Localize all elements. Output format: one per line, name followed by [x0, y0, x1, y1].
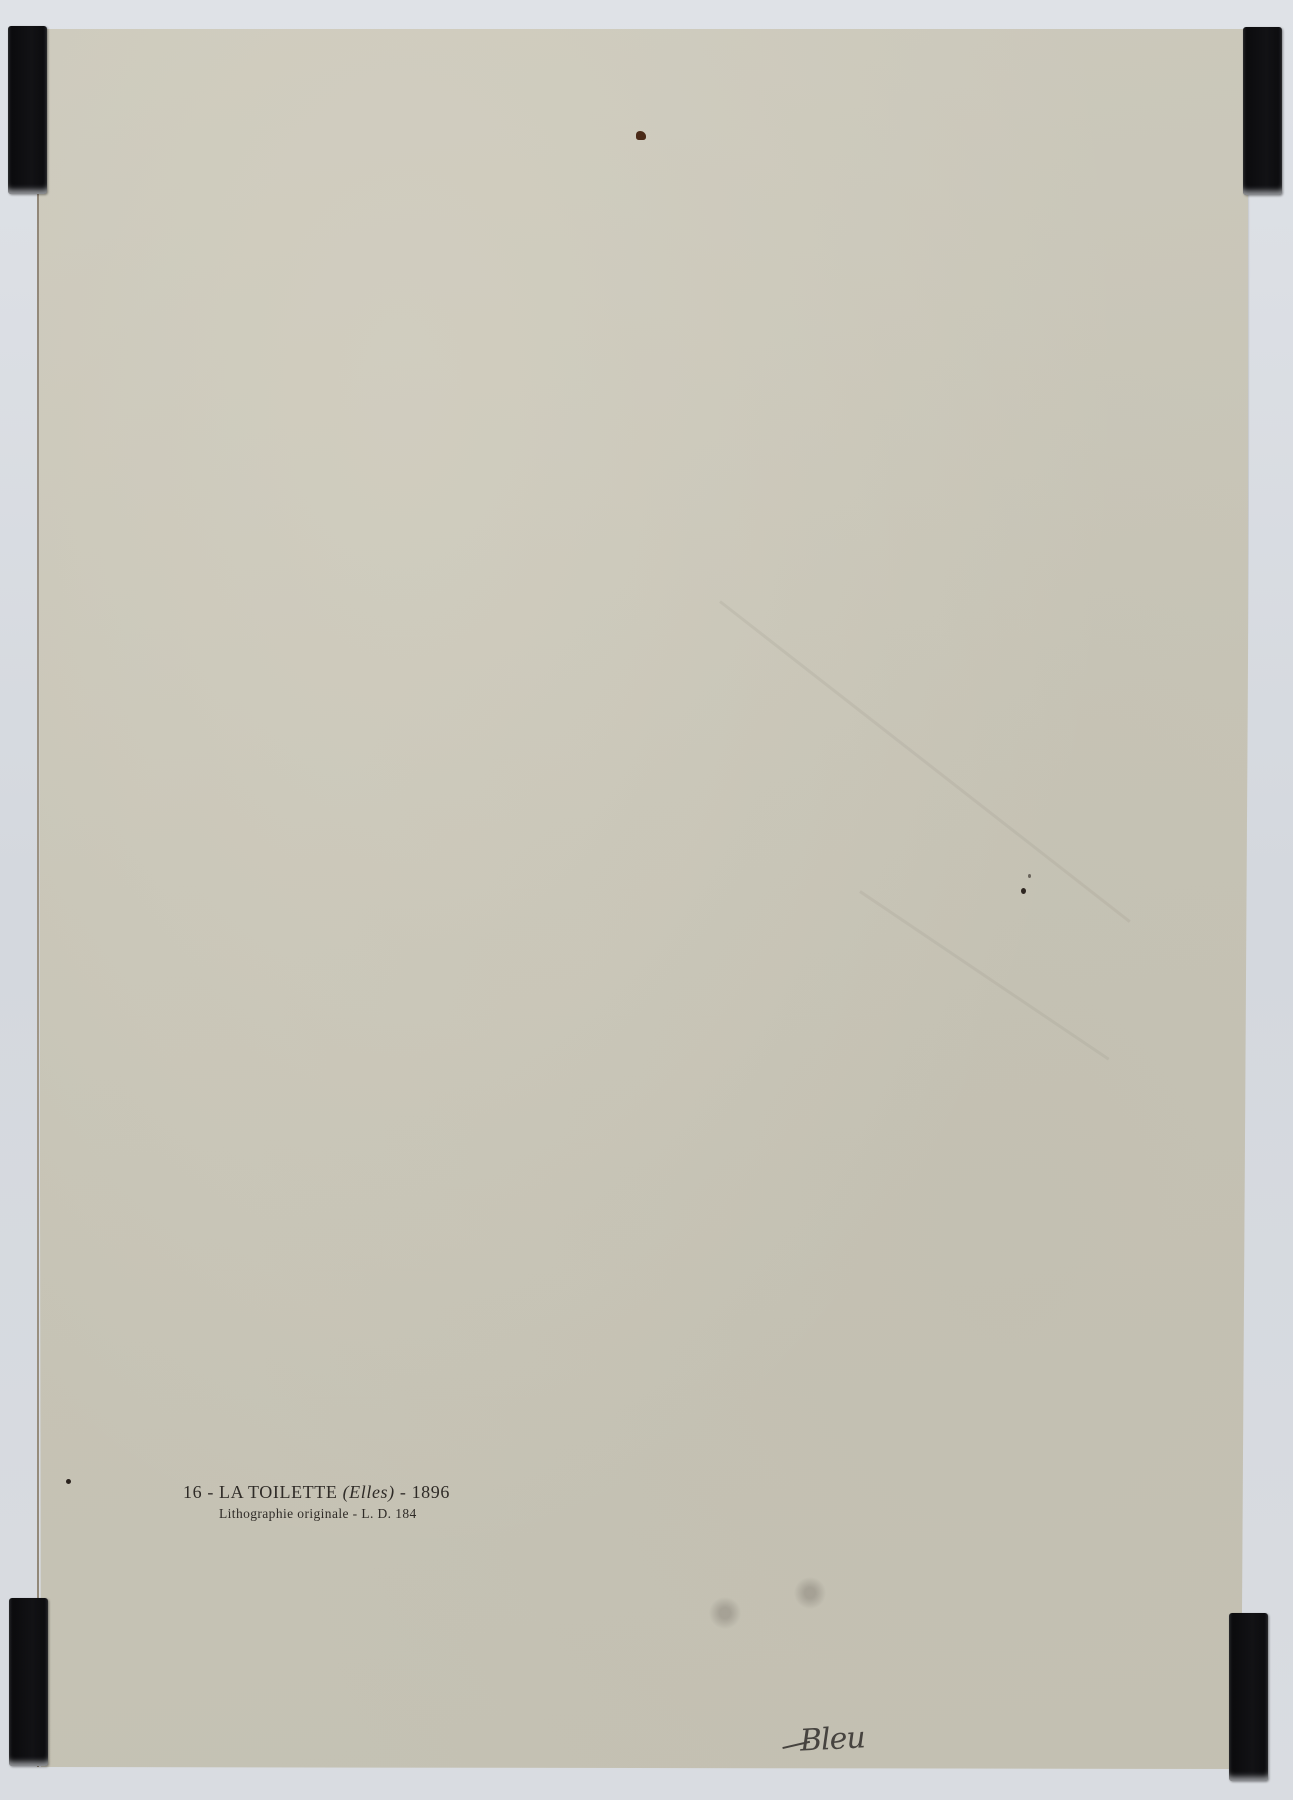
- ink-dot: [66, 1479, 71, 1484]
- corner-clip-top-left: [8, 26, 47, 194]
- print-year: 1896: [412, 1482, 450, 1502]
- print-title: LA TOILETTE: [219, 1482, 337, 1502]
- foxing-spot: [1021, 888, 1026, 894]
- smudge: [790, 1575, 830, 1611]
- foxing-spot: [1028, 874, 1031, 878]
- caption-title-line: 16 - LA TOILETTE (Elles) - 1896: [183, 1482, 450, 1503]
- foxing-spot: [636, 131, 646, 140]
- dash: -: [400, 1482, 407, 1502]
- caption-subtitle: Lithographie originale - L. D. 184: [219, 1506, 450, 1522]
- plate-number: 16: [183, 1482, 202, 1502]
- series-name: (Elles): [343, 1482, 395, 1502]
- separator: -: [207, 1482, 214, 1502]
- pencil-signature: Bleu: [799, 1720, 865, 1758]
- paper-left-edge: [37, 29, 39, 1767]
- print-caption: 16 - LA TOILETTE (Elles) - 1896 Lithogra…: [183, 1482, 450, 1522]
- corner-clip-bottom-right: [1229, 1613, 1268, 1781]
- smudge: [705, 1595, 745, 1631]
- corner-clip-bottom-left: [9, 1598, 48, 1766]
- corner-clip-top-right: [1243, 27, 1282, 195]
